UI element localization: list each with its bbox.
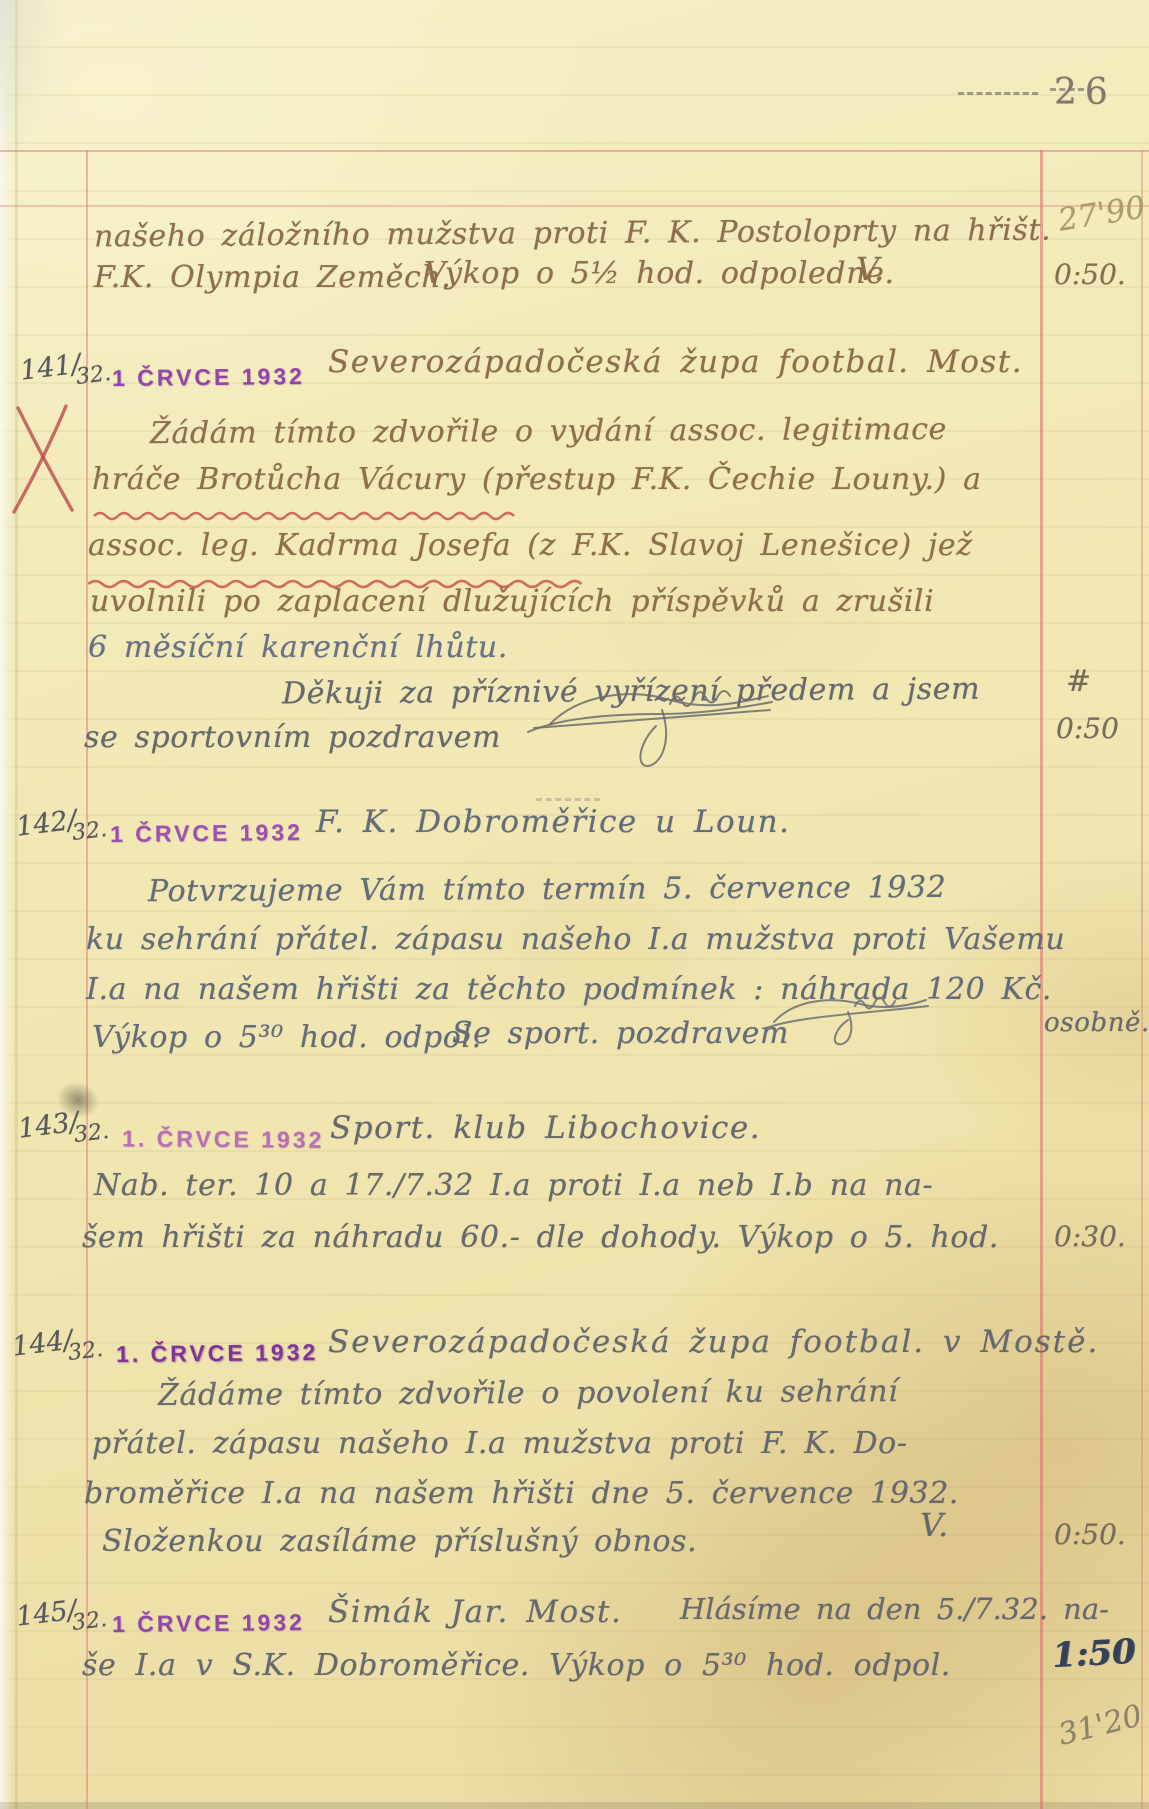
header-rule-bottom: [0, 205, 1149, 207]
date-stamp: 1. ČRVCE 1932: [122, 1125, 324, 1153]
date-stamp: 1 ČRVCE 1932: [112, 363, 305, 392]
entry-line: Se sport. pozdravem: [452, 1016, 789, 1051]
pencil-dash-mark: [958, 92, 1038, 95]
entry-line: F.K. Olympia Zeměch.: [94, 260, 451, 295]
ledger-page: 26 27'90 našeho záložního mužstva proti …: [0, 0, 1149, 1809]
entry-number-top: 145/: [14, 1595, 78, 1633]
entry-line: Potvrzujeme Vám tímto termín 5. července…: [148, 870, 947, 909]
entry-number: 143/32.: [16, 1102, 115, 1144]
entry-heading: Šimák Jar. Most.: [328, 1594, 622, 1630]
page-edge-left: [0, 0, 14, 1809]
date-stamp: 1 ČRVCE 1932: [112, 1609, 305, 1638]
entry-number-top: 143/: [16, 1107, 80, 1145]
entry-heading: Severozápadočeská župa footbal. v Mostě.: [328, 1324, 1099, 1360]
margin-amount: 0:50.: [1054, 258, 1126, 291]
entry-number-top: 142/: [14, 805, 78, 843]
margin-note: osobně.: [1044, 1008, 1149, 1038]
entry-number-bottom: 32.: [67, 1337, 105, 1366]
page-corner-shade: [0, 0, 60, 170]
entry-number-top: 141/: [18, 349, 82, 387]
page-edge-bottom: [0, 1802, 1149, 1809]
signature-scribble: [520, 672, 780, 772]
clerk-initial: V.: [920, 1506, 949, 1544]
entry-heading: F. K. Dobroměřice u Loun.: [316, 804, 791, 840]
entry-heading: Sport. klub Libochovice.: [330, 1110, 761, 1146]
entry-line: Nab. ter. 10 a 17./7.32 I.a proti I.a ne…: [94, 1168, 933, 1203]
page-edge-line-right: [1141, 150, 1143, 1809]
entry-heading: Severozápadočeská župa footbal. Most.: [328, 344, 1023, 380]
entry-line: šem hřišti za náhradu 60.- dle dohody. V…: [82, 1220, 999, 1255]
entry-number-top: 144/: [10, 1325, 74, 1363]
header-rule-top: [0, 150, 1149, 152]
margin-amount: 0:50: [1056, 712, 1119, 745]
margin-amount: 0:50.: [1054, 1518, 1126, 1551]
entry-number-bottom: 32.: [75, 361, 113, 390]
signature-scribble: [760, 986, 935, 1051]
entry-number: 144/32.: [10, 1320, 109, 1362]
pencil-note-top: 27'90: [1056, 189, 1148, 238]
page-number: 26: [1054, 72, 1116, 113]
margin-amount: 0:30.: [1054, 1220, 1126, 1253]
red-x-mark: [6, 402, 81, 517]
entry-line: 6 měsíční karenční lhůtu.: [88, 630, 508, 665]
entry-line: Hlásíme na den 5./7.32. na-: [680, 1592, 1109, 1626]
entry-line: Složenkou zasíláme příslušný obnos.: [102, 1524, 697, 1559]
entry-number-bottom: 32.: [71, 817, 109, 846]
entry-line: se sportovním pozdravem: [84, 720, 501, 755]
entry-number-bottom: 32.: [73, 1119, 111, 1148]
entry-line: Výkop o 5³⁰ hod. odpol.: [92, 1020, 482, 1055]
entry-line: broměřice I.a na našem hřišti dne 5. čer…: [84, 1476, 959, 1511]
page-edge-crease: [15, 0, 18, 1809]
entry-line: Výkop o 5½ hod. odpoledne.: [424, 256, 895, 291]
pencil-note-bottom: 31'20: [1055, 1698, 1146, 1752]
entry-line: přátel. zápasu našeho I.a mužstva proti …: [92, 1426, 908, 1461]
clerk-initial: V.: [856, 250, 885, 288]
margin-hash-mark: #: [1066, 664, 1091, 699]
margin-amount: 1:50: [1051, 1632, 1137, 1676]
date-stamp: 1 ČRVCE 1932: [110, 819, 303, 848]
entry-line: assoc. leg. Kadrma Josefa (z F.K. Slavoj…: [88, 528, 973, 563]
wavy-underline: [92, 508, 522, 524]
entry-line: uvolnili po zaplacení dlužujících příspě…: [90, 584, 934, 619]
entry-line: Žádáme tímto zdvořile o povolení ku sehr…: [158, 1374, 898, 1413]
pencil-dash-mark: [536, 798, 600, 801]
entry-number: 141/32.: [18, 344, 117, 386]
entry-line: hráče Brotůcha Vácury (přestup F.K. Čech…: [92, 462, 982, 497]
date-stamp: 1. ČRVCE 1932: [116, 1339, 319, 1368]
entry-number-bottom: 32.: [71, 1607, 109, 1636]
entry-number: 142/32.: [14, 800, 113, 842]
entry-line: ku sehrání přátel. zápasu našeho I.a muž…: [86, 922, 1065, 957]
entry-number: 145/32.: [14, 1590, 113, 1632]
entry-line: Žádám tímto zdvořile o vydání assoc. leg…: [150, 412, 947, 451]
entry-line: našeho záložního mužstva proti F. K. Pos…: [94, 213, 1051, 255]
entry-line: še I.a v S.K. Dobroměřice. Výkop o 5³⁰ h…: [82, 1648, 951, 1683]
